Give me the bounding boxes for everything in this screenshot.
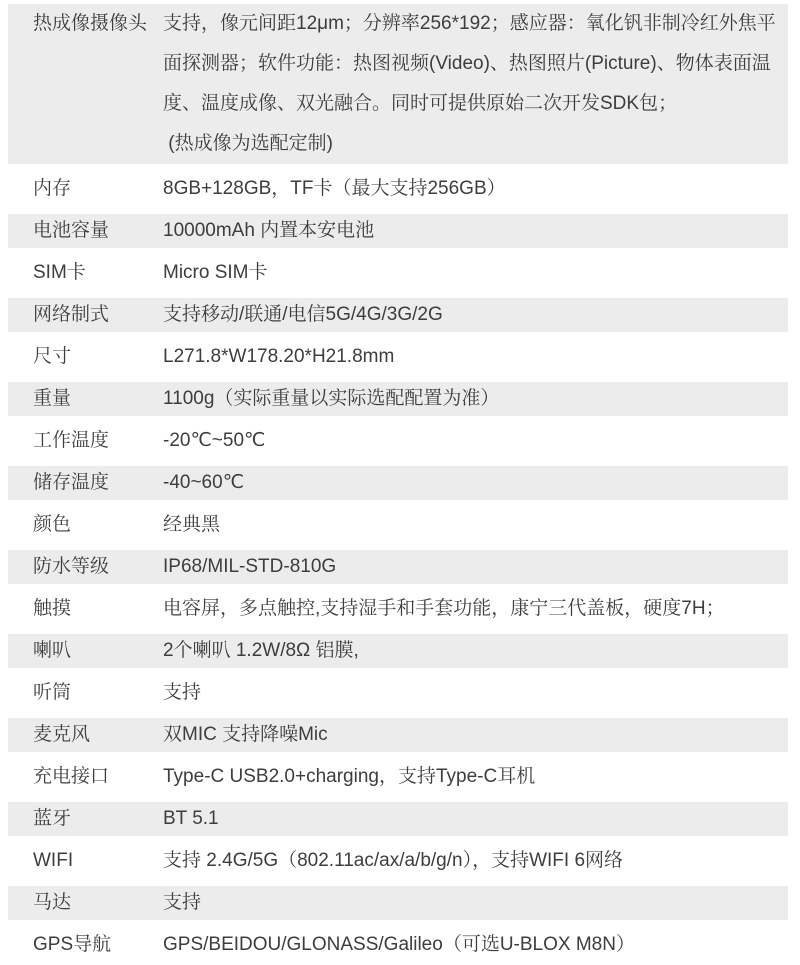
spec-value: 1100g（实际重量以实际选配配置为准） [163,382,788,416]
spec-row-earpiece: 听筒 支持 [8,672,788,714]
spec-table: 热成像摄像头 支持，像元间距12μm；分辨率256*192；感应器：氧化钒非制冷… [8,0,788,965]
spec-row-sim: SIM卡 Micro SIM卡 [8,252,788,294]
spec-value: 支持 [163,676,788,710]
spec-row-storage-temp: 储存温度 -40~60℃ [8,462,788,504]
spec-value: Type-C USB2.0+charging，支持Type-C耳机 [163,760,788,794]
spec-row-touch: 触摸 电容屏，多点触控,支持湿手和手套功能，康宁三代盖板，硬度7H； [8,588,788,630]
spec-row-battery: 电池容量 10000mAh 内置本安电池 [8,210,788,252]
spec-value: -20℃~50℃ [163,424,788,458]
spec-label: 马达 [8,886,163,920]
spec-value: 支持 [163,886,788,920]
spec-label: 喇叭 [8,634,163,668]
spec-row-weight: 重量 1100g（实际重量以实际选配配置为准） [8,378,788,420]
spec-row-waterproof: 防水等级 IP68/MIL-STD-810G [8,546,788,588]
spec-label: 工作温度 [8,424,163,458]
spec-row-network: 网络制式 支持移动/联通/电信5G/4G/3G/2G [8,294,788,336]
spec-label: 防水等级 [8,550,163,584]
spec-row-charging-port: 充电接口 Type-C USB2.0+charging，支持Type-C耳机 [8,756,788,798]
spec-row-memory: 内存 8GB+128GB，TF卡（最大支持256GB） [8,168,788,210]
spec-label: 麦克风 [8,718,163,752]
spec-value: L271.8*W178.20*H21.8mm [163,340,788,374]
spec-value: 电容屏，多点触控,支持湿手和手套功能，康宁三代盖板，硬度7H； [163,592,788,626]
spec-label: 尺寸 [8,340,163,374]
spec-label: 蓝牙 [8,802,163,836]
spec-label: 重量 [8,382,163,416]
spec-row-microphone: 麦克风 双MIC 支持降噪Mic [8,714,788,756]
spec-value: BT 5.1 [163,802,788,836]
spec-label: 触摸 [8,592,163,626]
spec-label: 颜色 [8,508,163,542]
spec-row-operating-temp: 工作温度 -20℃~50℃ [8,420,788,462]
spec-value: IP68/MIL-STD-810G [163,550,788,584]
spec-row-wifi: WIFI 支持 2.4G/5G（802.11ac/ax/a/b/g/n），支持W… [8,840,788,882]
spec-row-color: 颜色 经典黑 [8,504,788,546]
spec-row-bluetooth: 蓝牙 BT 5.1 [8,798,788,840]
spec-label: SIM卡 [8,256,163,290]
spec-value: 支持移动/联通/电信5G/4G/3G/2G [163,298,788,332]
spec-value: 10000mAh 内置本安电池 [163,214,788,248]
spec-row-motor: 马达 支持 [8,882,788,924]
spec-value: -40~60℃ [163,466,788,500]
spec-label: WIFI [8,844,163,878]
spec-label: 内存 [8,172,163,206]
spec-label: 电池容量 [8,214,163,248]
spec-row-speaker: 喇叭 2个喇叭 1.2W/8Ω 铝膜, [8,630,788,672]
spec-value: 2个喇叭 1.2W/8Ω 铝膜, [163,634,788,668]
spec-label: 网络制式 [8,298,163,332]
spec-value: GPS/BEIDOU/GLONASS/Galileo（可选U-BLOX M8N） [163,928,788,962]
spec-row-gps: GPS导航 GPS/BEIDOU/GLONASS/Galileo（可选U-BLO… [8,924,788,965]
spec-value: 经典黑 [163,508,788,542]
spec-label: 热成像摄像头 [8,4,163,44]
spec-label: 听筒 [8,676,163,710]
spec-label: GPS导航 [8,928,163,962]
spec-label: 充电接口 [8,760,163,794]
spec-value: Micro SIM卡 [163,256,788,290]
spec-row-dimensions: 尺寸 L271.8*W178.20*H21.8mm [8,336,788,378]
spec-row-thermal-camera: 热成像摄像头 支持，像元间距12μm；分辨率256*192；感应器：氧化钒非制冷… [8,0,788,168]
spec-value: 8GB+128GB，TF卡（最大支持256GB） [163,172,788,206]
spec-value: 双MIC 支持降噪Mic [163,718,788,752]
spec-value: 支持，像元间距12μm；分辨率256*192；感应器：氧化钒非制冷红外焦平 面探… [163,4,788,164]
spec-label: 储存温度 [8,466,163,500]
spec-value: 支持 2.4G/5G（802.11ac/ax/a/b/g/n），支持WIFI 6… [163,844,788,878]
